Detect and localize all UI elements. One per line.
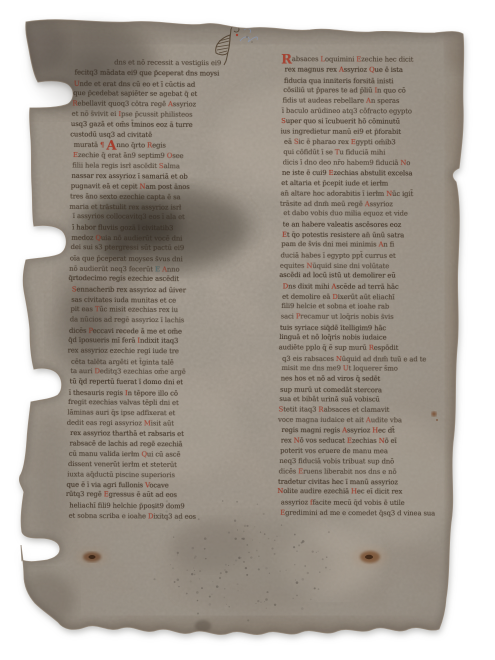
text-line: dicis ī dno deo nr̄o habem9 fiduciā No (283, 157, 461, 168)
text-line: rex magnus rex Assyrioz Que ē ista (285, 65, 463, 76)
text-column-right: Rabsaces Loquimini Ezechie hec dicitrex … (279, 54, 461, 519)
text-line: audiēte pplo q̄ ē sup murū Respōdit (279, 343, 457, 354)
text-line: qui cōfidūt ī se Tu fiduciā mihi (283, 147, 461, 158)
text-line: Super quo si īcubuerit hō cōminutū (281, 116, 459, 127)
red-ink-dot (236, 34, 238, 36)
text-line: et sobna scriba e ioahe Dixitq3 ad eos (69, 511, 247, 523)
text-line: fecitq3 mādata ei9 que p̄ceperat dns moy… (75, 68, 253, 80)
text-line: linguā et nō loq̄ris nobis iudaice (279, 332, 457, 343)
text-line: Nolite audire ezechiā Hec eī dicit rex (277, 486, 455, 497)
text-line: da nūcios ad regē assyrioz ī lachis (70, 315, 248, 327)
text-line: Rabsaces Loquimini Ezechie hec dicit (281, 54, 459, 65)
wormhole-left (76, 548, 108, 566)
text-line: dei sui s3 ptergressi sūt pactū ei9 (71, 242, 249, 254)
text-line: an̄ altare hoc adorabitis ī ierłm Nūc ig… (281, 188, 459, 199)
text-line: tū q̄d repertū fuerat ī domo dni et (70, 377, 248, 389)
ink-speck (246, 36, 248, 38)
text-line: pam de s̄vis dni mei minimis An fi (281, 239, 459, 250)
text-line: rex Nō vos seducat Ezechias Nō eī (281, 435, 459, 446)
text-line: rūtq3 regē Egressus ē aūt ad eos (66, 489, 244, 501)
text-line: misit me dns me9 Ut loquerer s̄mo (281, 363, 459, 374)
text-line: ascēdi ad locū istū ut demolirer eū (279, 270, 457, 281)
text-column-left: dns et nō recessit a vestigiis ei9fecitq… (67, 57, 251, 522)
text-line: dicēs Eruens liberabit nos dns e nō (279, 466, 457, 477)
text-line: nes hos et nō ad viros q̄ sedēt (281, 374, 459, 385)
text-line: cōsiliū ut p̄pares te ad p̄liū In quo cō (283, 85, 461, 96)
ink-speck (251, 41, 253, 43)
text-line: Sennacherib rex assyrioz ad ūiver (72, 284, 250, 296)
text-line: te an habere valeatis ascēsores eoz (283, 219, 461, 230)
text-line: assyrioz ffacite mecū q̄d vobis ē utile (281, 497, 459, 508)
text-line: dissent venerūt ierłm et steterūt (68, 459, 246, 471)
manuscript-photo: dns et nō recessit a vestigiis ei9fecitq… (0, 0, 495, 660)
text-line: duciā habes ī egypto ppt̄ currus et (281, 250, 459, 261)
text-line: et dabo vobis duo milia equoz et vide (283, 208, 461, 219)
text-line: Egredimini ad me e comedet q̄sq3 d vinea… (280, 508, 458, 519)
text-line: q̄rtodecimo regis ezechie ascēdit (68, 273, 246, 285)
text-line: neq3 fiduciā vobis tribuat sup dnō (279, 456, 457, 467)
text-line: regis magni regis Assyrioz Hec dt̄ (281, 425, 459, 436)
text-line: ī assyrios collocavitq3 eos ī ala et (73, 211, 251, 223)
text-line: et altaria et p̄cepit iude et ierłm (281, 178, 459, 189)
text-line: saci Precamur ut loq̄ris nobis s̄vis (281, 312, 459, 323)
text-line: pugnavit eā et cepit Nam post ānos (71, 181, 249, 193)
text-line: rex assyrioz ezechie regi iude tre (68, 346, 246, 358)
text-line: Dns dixit mihi Ascēde ad terrā hāc (283, 281, 461, 292)
wormhole-right (352, 546, 388, 568)
text-line: sua et bibāt urinā suā vobiscū (279, 394, 457, 405)
